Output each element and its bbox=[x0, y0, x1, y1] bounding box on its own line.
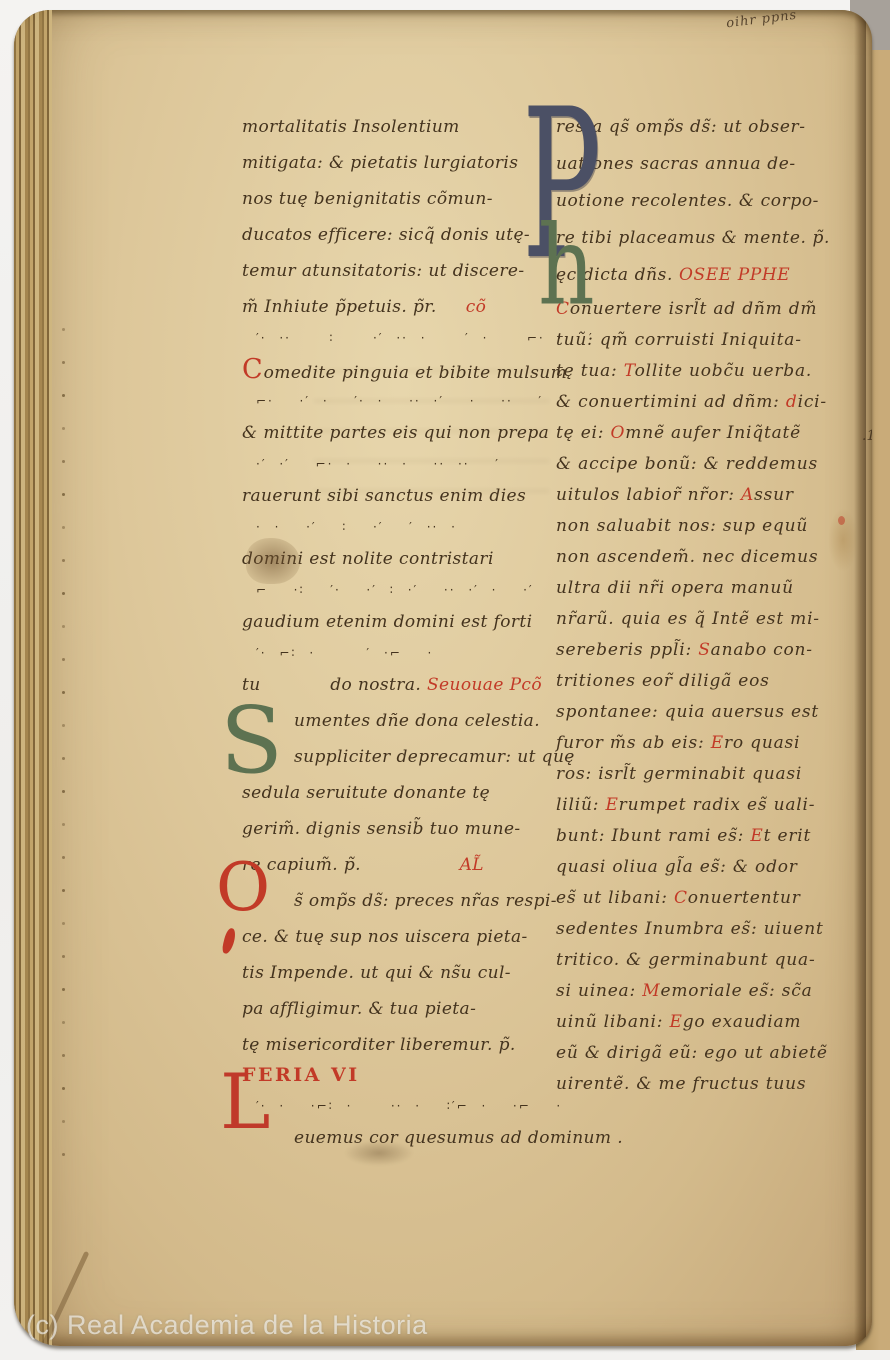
prick-hole bbox=[62, 1087, 65, 1090]
prick-hole bbox=[62, 889, 65, 892]
prick-hole bbox=[62, 427, 65, 430]
ink-text: anabo con- bbox=[711, 640, 813, 660]
initial-s-sumentes: S bbox=[220, 704, 283, 778]
ink-text: C bbox=[242, 354, 264, 385]
manuscript-text-line: umentes dñe dona celestia. bbox=[242, 704, 560, 740]
manuscript-text-line: resta qs̃ omp̃s ds̃: ut obser- bbox=[556, 110, 872, 147]
manuscript-text-line: bunt: Ibunt rami es̃: Et erit bbox=[556, 822, 872, 853]
ink-text: tritico. & germinabunt qua- bbox=[556, 950, 816, 970]
ink-text: emoriale es̃: sc̃a bbox=[660, 981, 812, 1001]
neume-line: ⌐· ·′ · ′· · ·· ·′ · ·· ′ bbox=[242, 389, 560, 416]
book-fore-edge-stack bbox=[14, 10, 52, 1346]
ink-text: ′· ·· ∶ ·′ ·· · ′ · ⌐· · ′ bbox=[256, 331, 594, 345]
prick-hole bbox=[62, 361, 65, 364]
neume-line: ⌐ ·∶ ′· ·′ ∶ ·′ ·· ·′ · ·′ bbox=[242, 578, 560, 605]
manuscript-text-line: uotione recolentes. & corpo- bbox=[556, 184, 872, 221]
ink-text: go exaudiam bbox=[683, 1012, 802, 1032]
manuscript-text-line: tritiones eor̃ diligã eos bbox=[556, 667, 872, 698]
prick-hole bbox=[62, 922, 65, 925]
rubricated-text: C bbox=[674, 888, 688, 908]
prick-hole bbox=[62, 856, 65, 859]
manuscript-text-line: nos tuę benignitatis cõmun- bbox=[242, 182, 560, 218]
ink-text: onuertere isrl̃t ad dñm dm̃ bbox=[570, 299, 818, 319]
manuscript-text-line: tritico. & germinabunt qua- bbox=[556, 946, 872, 977]
ink-text: uirentẽ. & me fructus tuus bbox=[556, 1074, 806, 1094]
manuscript-text-line: & mittite partes eis qui non prepa bbox=[242, 416, 560, 452]
manuscript-text-line: mitigata: & pietatis lurgiatoris bbox=[242, 146, 560, 182]
manuscript-text-line: mortalitatis Insolentium bbox=[242, 110, 560, 146]
ink-text: re capium̃. p̃. bbox=[242, 855, 460, 875]
manuscript-text-line: sedula seruitute donante tę bbox=[242, 776, 560, 812]
manuscript-text-line: spontanee: quia auersus est bbox=[556, 698, 872, 729]
prick-hole bbox=[62, 691, 65, 694]
ink-text: si uinea: bbox=[556, 981, 642, 1001]
manuscript-text-line: non ascendem̃. nec dicemus bbox=[556, 543, 872, 574]
ink-text: ro quasi bbox=[724, 733, 800, 753]
neume-line: ′· ·· ∶ ·′ ·· · ′ · ⌐· · ′ bbox=[242, 326, 560, 353]
ink-text: tę tua: bbox=[556, 361, 624, 381]
prick-hole bbox=[62, 592, 65, 595]
neume-line: ′· · ·⌐∶ · ·· · ∶′⌐ · ·⌐ · bbox=[242, 1094, 560, 1121]
right-margin-mark: .1 bbox=[862, 428, 872, 444]
ink-text: sedentes Inumbra es̃: uiuent bbox=[556, 919, 824, 939]
ink-text: uitulos labior̃ nr̃or: bbox=[556, 485, 741, 505]
manuscript-text-line: furor m̃s ab eis: Ero quasi bbox=[556, 729, 872, 760]
neume-line: ′· ⌐∶ · ′ ·⌐ · bbox=[242, 641, 560, 668]
prick-hole bbox=[62, 625, 65, 628]
soft-stain bbox=[344, 1140, 414, 1166]
ink-text: nos tuę benignitatis cõmun- bbox=[242, 189, 493, 209]
ink-text: m̃ Inhiute p̃petuis. p̃r. bbox=[242, 297, 466, 317]
prick-hole bbox=[62, 1021, 65, 1024]
neume-line: ·′ ·′ ⌐· · ·· · ·· ·· ′ bbox=[242, 452, 560, 479]
manuscript-text-line: gaudium etenim domini est forti bbox=[242, 605, 560, 641]
ink-text: ros: isrl̃t germinabit quasi bbox=[556, 764, 802, 784]
manuscript-text-line: eũ & dirigã eũ: ego ut abietẽ bbox=[556, 1039, 872, 1070]
rubricated-text: Seuouae Pcõ bbox=[421, 675, 542, 695]
ink-text: s̃ omp̃s ds̃: preces nr̃as respi- bbox=[294, 891, 557, 911]
ink-text: ⌐· ·′ · ′· · ·· ·′ · ·· ′ bbox=[256, 394, 543, 408]
rubricated-text: d bbox=[786, 392, 798, 412]
manuscript-text-line: tuũ: qm̃ corruisti Iniquita- bbox=[556, 326, 872, 357]
manuscript-text-line: re capium̃. p̃. AL̃ bbox=[242, 848, 560, 884]
ink-text: t erit bbox=[764, 826, 812, 846]
ink-text: ollite uobc̃u uerba. bbox=[635, 361, 813, 381]
ink-text: tritiones eor̃ diligã eos bbox=[556, 671, 770, 691]
rubricated-text: E bbox=[750, 826, 763, 846]
ink-text: tis Impende. ut qui & ns̃u cul- bbox=[242, 963, 511, 983]
prick-hole bbox=[62, 790, 65, 793]
rubricated-text: O bbox=[611, 423, 626, 443]
prick-hole bbox=[62, 1054, 65, 1057]
manuscript-text-line: uationes sacras annua de- bbox=[556, 147, 872, 184]
manuscript-text-line: liliũ: Erumpet radix es̃ uali- bbox=[556, 791, 872, 822]
rubricated-text: OSEE PPHE bbox=[679, 265, 790, 285]
ink-text: rauerunt sibi sanctus enim dies bbox=[242, 486, 526, 506]
ink-text: tuũ: qm̃ corruisti Iniquita- bbox=[556, 330, 802, 350]
ink-text: bunt: Ibunt rami es̃: bbox=[556, 826, 750, 846]
prick-hole bbox=[62, 559, 65, 562]
ink-text: gaudium etenim domini est forti bbox=[242, 612, 532, 632]
manuscript-text-line: pa affligimur. & tua pieta- bbox=[242, 992, 560, 1028]
prick-hole bbox=[62, 658, 65, 661]
prick-hole bbox=[62, 988, 65, 991]
manuscript-text-line: ultra dii nr̃i opera manuũ bbox=[556, 574, 872, 605]
prick-hole bbox=[62, 1153, 65, 1156]
ink-text: tę misericorditer liberemur. p̃. bbox=[242, 1035, 516, 1055]
prick-hole bbox=[62, 394, 65, 397]
rubricated-text: A bbox=[741, 485, 754, 505]
ink-text: spontanee: quia auersus est bbox=[556, 702, 819, 722]
ink-text: · · ·′ ∶ ·′ ′ ·· · bbox=[256, 520, 457, 534]
ink-text: ici- bbox=[798, 392, 827, 412]
manuscript-text-line: Conuertere isrl̃t ad dñm dm̃ bbox=[556, 295, 872, 326]
manuscript-text-line: uinũ libani: Ego exaudiam bbox=[556, 1008, 872, 1039]
prick-hole bbox=[62, 955, 65, 958]
prick-hole bbox=[62, 493, 65, 496]
manuscript-text-line: quasi oliua gl̃a es̃: & odor bbox=[556, 853, 872, 884]
ink-text: ce. & tuę sup nos uiscera pieta- bbox=[242, 927, 528, 947]
ink-text: liliũ: bbox=[556, 795, 605, 815]
manuscript-text-line: tę tua: Tollite uobc̃u uerba. bbox=[556, 357, 872, 388]
manuscript-text-line: temur atunsitatoris: ut discere- bbox=[242, 254, 560, 290]
ink-text: sereberis ppl̃i: bbox=[556, 640, 698, 660]
manuscript-text-line: uirentẽ. & me fructus tuus bbox=[556, 1070, 872, 1101]
rubricated-text: E bbox=[605, 795, 618, 815]
rubricated-text: E bbox=[711, 733, 724, 753]
initial-h-hec: h bbox=[538, 222, 595, 310]
prick-hole bbox=[62, 460, 65, 463]
manuscript-text-line: ęc dicta dñs. OSEE PPHE bbox=[556, 258, 872, 295]
ink-text: uinũ libani: bbox=[556, 1012, 670, 1032]
prick-hole bbox=[62, 724, 65, 727]
prick-hole bbox=[62, 757, 65, 760]
manuscript-text-line: tę ei: Omnẽ aufer Iniq̃tatẽ bbox=[556, 419, 872, 450]
manuscript-text-line: s̃ omp̃s ds̃: preces nr̃as respi- bbox=[242, 884, 560, 920]
manuscript-text-line: & accipe bonũ: & reddemus bbox=[556, 450, 872, 481]
initial-l-leuemus: L bbox=[220, 1072, 270, 1133]
ink-text: pa affligimur. & tua pieta- bbox=[242, 999, 476, 1019]
ink-text: quasi oliua gl̃a es̃: & odor bbox=[556, 857, 798, 877]
ink-text: gerim̃. dignis sensib̃ tuo mune- bbox=[242, 819, 521, 839]
ink-text: ultra dii nr̃i opera manuũ bbox=[556, 578, 794, 598]
manuscript-text-line: re tibi placeamus & mente. p̃. bbox=[556, 221, 872, 258]
ink-text: onuertentur bbox=[688, 888, 801, 908]
prick-hole bbox=[62, 328, 65, 331]
rubricated-text: E bbox=[670, 1012, 683, 1032]
ink-text: temur atunsitatoris: ut discere- bbox=[242, 261, 525, 281]
scan-stage: oihr ppns mortalitatis Insolentiummitiga… bbox=[0, 0, 890, 1360]
manuscript-text-line: ros: isrl̃t germinabit quasi bbox=[556, 760, 872, 791]
manuscript-text-line: ce. & tuę sup nos uiscera pieta- bbox=[242, 920, 560, 956]
right-text-column: resta qs̃ omp̃s ds̃: ut obser-uationes s… bbox=[556, 110, 872, 1101]
rubricated-text: T bbox=[624, 361, 635, 381]
initial-o-omnipotens: O bbox=[216, 862, 270, 915]
manuscript-text-line: gerim̃. dignis sensib̃ tuo mune- bbox=[242, 812, 560, 848]
ink-text: mortalitatis Insolentium bbox=[242, 117, 460, 137]
manuscript-text-line: uitulos labior̃ nr̃or: Assur bbox=[556, 481, 872, 512]
ink-text: & mittite partes eis qui non prepa bbox=[242, 423, 549, 443]
manuscript-text-line: sedentes Inumbra es̃: uiuent bbox=[556, 915, 872, 946]
ink-text: suppliciter deprecamur: ut quę bbox=[294, 747, 575, 767]
ink-text: ′· ⌐∶ · ′ ·⌐ · bbox=[256, 646, 433, 660]
ink-stain bbox=[246, 538, 300, 584]
manuscript-text-line: ducatos efficere: sicq̃ donis utę- bbox=[242, 218, 560, 254]
manuscript-text-line: es̃ ut libani: Conuertentur bbox=[556, 884, 872, 915]
ink-text: tę ei: bbox=[556, 423, 611, 443]
ink-text: non saluabit nos: sup equũ bbox=[556, 516, 808, 536]
ink-text: ⌐ ·∶ ′· ·′ ∶ ·′ ·· ·′ · ·′ bbox=[256, 583, 534, 597]
rubricated-text: AL̃ bbox=[460, 855, 484, 875]
left-text-column: mortalitatis Insolentiummitigata: & piet… bbox=[242, 110, 560, 1157]
prick-hole bbox=[62, 823, 65, 826]
watermark: (c) Real Academia de la Historia bbox=[26, 1310, 428, 1341]
manuscript-text-line: & conuertimini ad dñm: dici- bbox=[556, 388, 872, 419]
ink-text: & accipe bonũ: & reddemus bbox=[556, 454, 818, 474]
manuscript-page: oihr ppns mortalitatis Insolentiummitiga… bbox=[14, 10, 872, 1346]
ink-text: mnẽ aufer Iniq̃tatẽ bbox=[625, 423, 801, 443]
rubricated-text: S bbox=[698, 640, 710, 660]
ink-text: mitigata: & pietatis lurgiatoris bbox=[242, 153, 518, 173]
ink-text: omedite pinguia et bibite mulsum bbox=[264, 363, 567, 383]
manuscript-text-line: tę misericorditer liberemur. p̃. bbox=[242, 1028, 560, 1064]
ink-text: eũ & dirigã eũ: ego ut abietẽ bbox=[556, 1043, 828, 1063]
ink-text: non ascendem̃. nec dicemus bbox=[556, 547, 818, 567]
manuscript-text-line: non saluabit nos: sup equũ bbox=[556, 512, 872, 543]
manuscript-text-line: suppliciter deprecamur: ut quę bbox=[242, 740, 560, 776]
manuscript-text-line: m̃ Inhiute p̃petuis. p̃r. cõ bbox=[242, 290, 560, 326]
manuscript-text-line: Comedite pinguia et bibite mulsum bbox=[242, 353, 560, 389]
ink-text: & conuertimini ad dñm: bbox=[556, 392, 786, 412]
ink-text: ssur bbox=[754, 485, 794, 505]
ink-text: furor m̃s ab eis: bbox=[556, 733, 711, 753]
rubricated-text: M bbox=[642, 981, 660, 1001]
ink-text: ducatos efficere: sicq̃ donis utę- bbox=[242, 225, 530, 245]
manuscript-text-line: sereberis ppl̃i: Sanabo con- bbox=[556, 636, 872, 667]
ink-text: rumpet radix es̃ uali- bbox=[619, 795, 816, 815]
manuscript-text-line: rauerunt sibi sanctus enim dies bbox=[242, 479, 560, 515]
corner-annotation: oihr ppns bbox=[725, 10, 798, 31]
ink-text: umentes dñe dona celestia. bbox=[294, 711, 540, 731]
ink-text: nr̃arũ. quia es q̃ Intẽ est mi- bbox=[556, 609, 820, 629]
prick-hole bbox=[62, 526, 65, 529]
manuscript-text-line: tis Impende. ut qui & ns̃u cul- bbox=[242, 956, 560, 992]
prick-hole bbox=[62, 1120, 65, 1123]
manuscript-text-line: nr̃arũ. quia es q̃ Intẽ est mi- bbox=[556, 605, 872, 636]
ink-text: ′· · ·⌐∶ · ·· · ∶′⌐ · ·⌐ · bbox=[256, 1099, 562, 1113]
neume-line: · · ·′ ∶ ·′ ′ ·· · bbox=[242, 515, 560, 542]
ink-text: es̃ ut libani: bbox=[556, 888, 674, 908]
edge-stain bbox=[828, 508, 858, 572]
rubricated-text: cõ bbox=[466, 297, 487, 317]
manuscript-text-line: si uinea: Memoriale es̃: sc̃a bbox=[556, 977, 872, 1008]
rubric-line: FERIA VI bbox=[242, 1064, 560, 1094]
manuscript-text-line: tu do nostra. Seuouae Pcõ bbox=[242, 668, 560, 704]
ink-text: ·′ ·′ ⌐· · ·· · ·· ·· ′ bbox=[256, 457, 500, 471]
ink-text: euemus cor quesumus ad dominum . bbox=[294, 1128, 623, 1148]
